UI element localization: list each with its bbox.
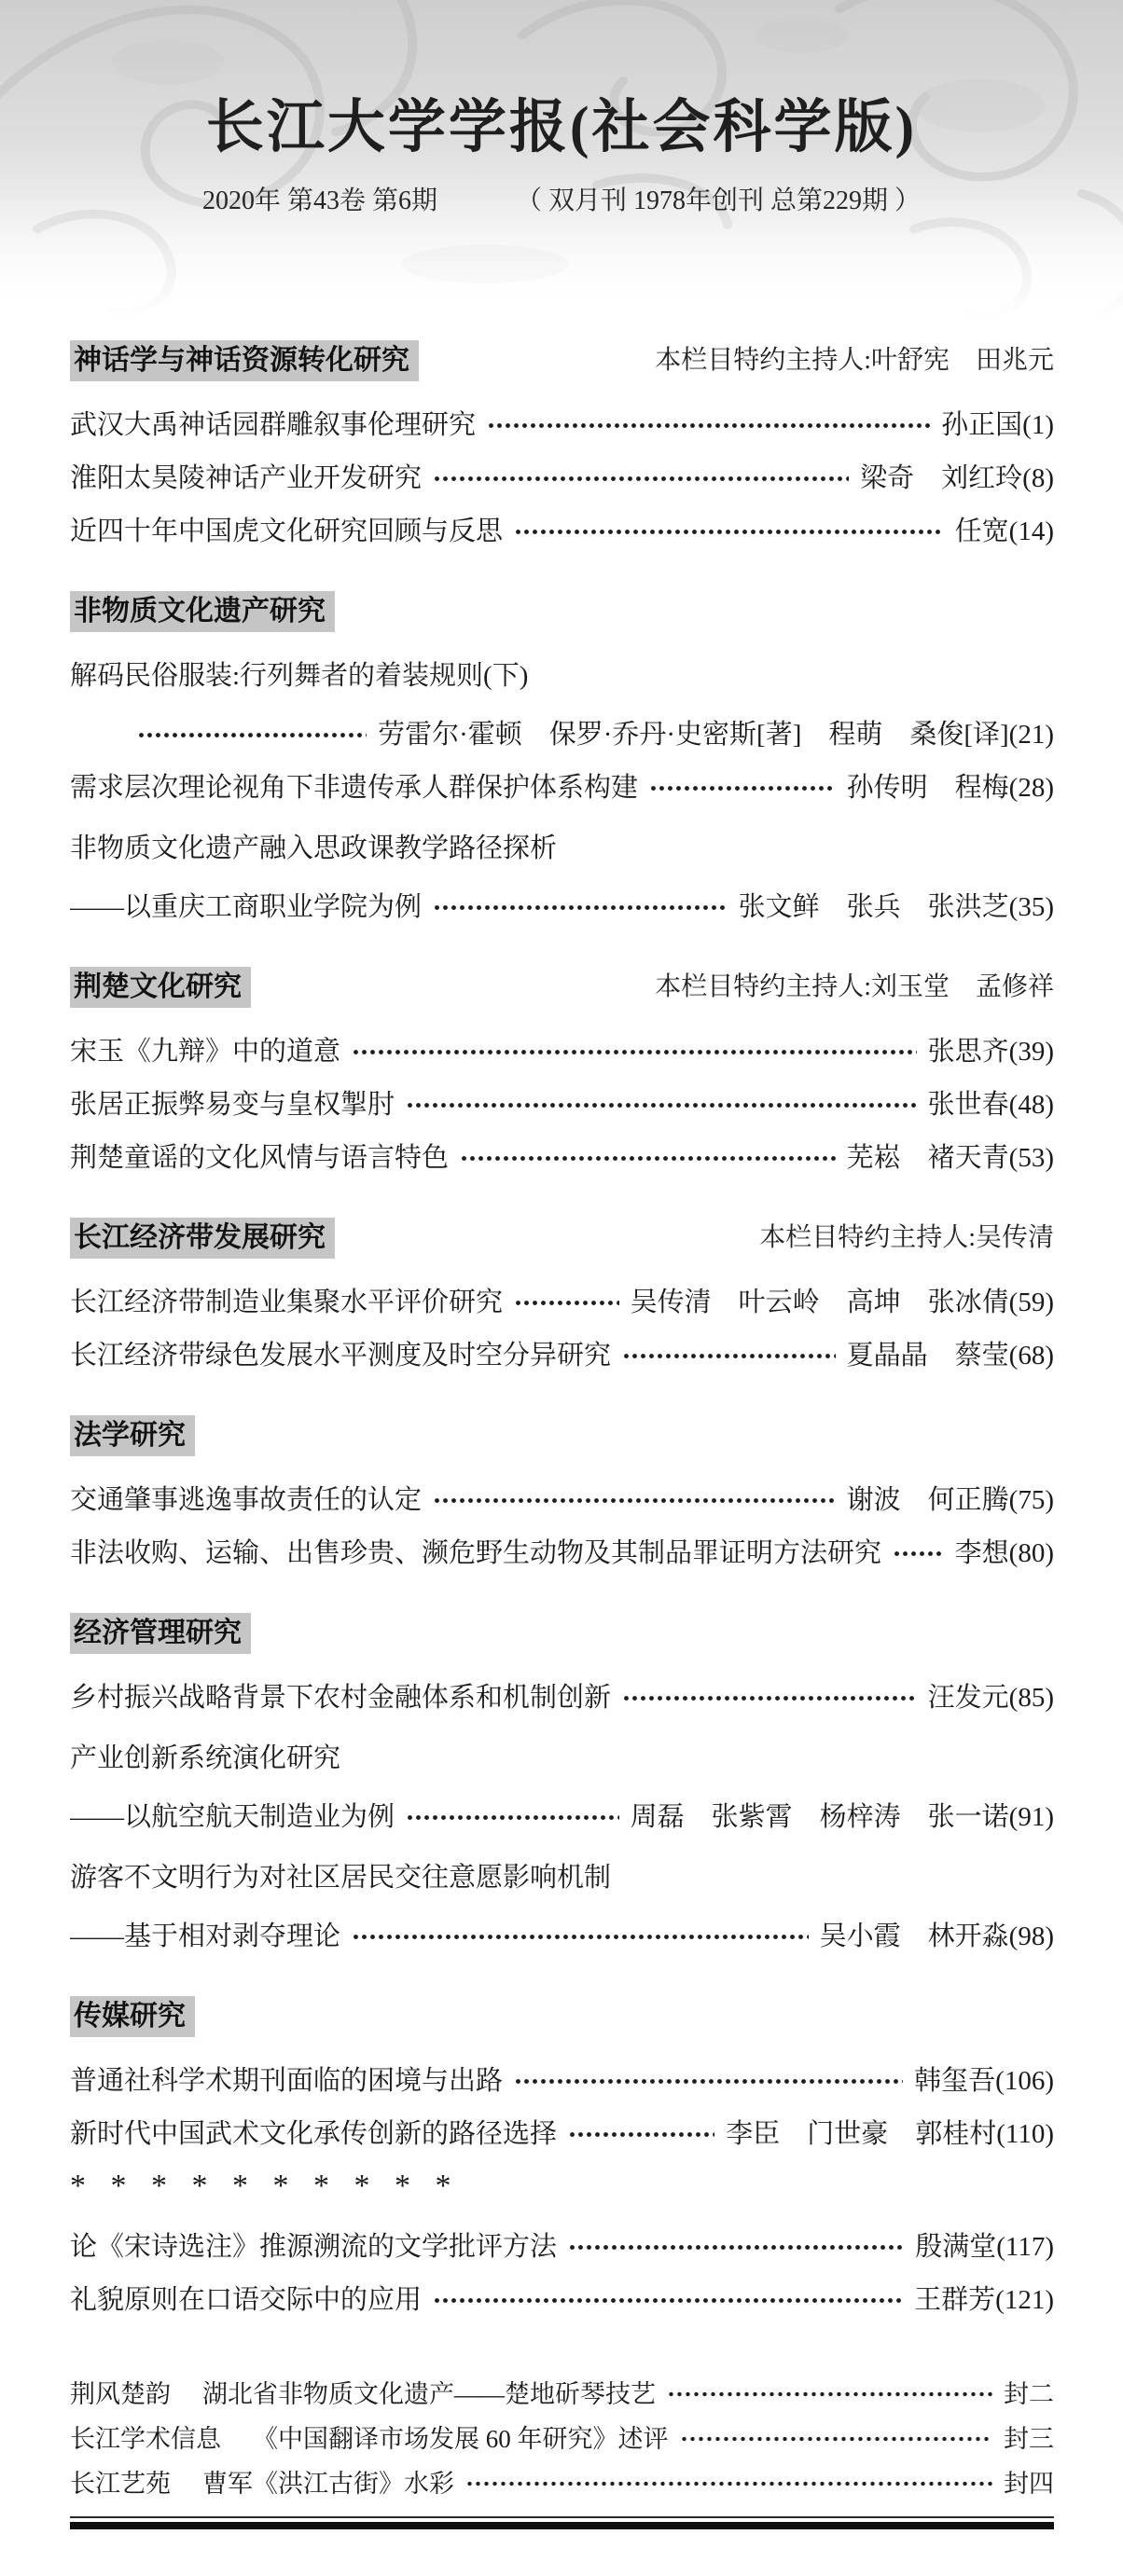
article-title: 宋玉《九辩》中的道意 [70,1035,340,1068]
page-number: (121) [995,2283,1054,2317]
dot-leader [465,2481,992,2486]
toc-entry: 普通社科学术期刊面临的困境与出路 韩玺吾 (106) [70,2064,1054,2098]
toc-entry: 需求层次理论视角下非遗传承人群保护体系构建 孙传明 程梅 (28) [70,771,1054,805]
back-matter: 荆风楚韵 湖北省非物质文化遗产——楚地斫琴技艺 封二 长江学术信息 《中国翻译市… [70,2378,1054,2500]
dot-leader [514,529,944,535]
article-authors: 张文鲜 张兵 张洪芝 [739,890,1009,924]
page-number: (39) [1009,1035,1054,1068]
toc-entry: 礼貌原则在口语交际中的应用 王群芳 (121) [70,2283,1054,2317]
toc-entry: 淮阳太昊陵神话产业开发研究 梁奇 刘红玲 (8) [70,461,1054,495]
dot-leader [568,2244,904,2251]
issue-row: 2020年 第43卷 第6期 （ 双月刊 1978年创刊 总第229期 ） [0,180,1123,217]
article-title: 游客不文明行为对社区居民交往意愿影响机制 [70,1861,611,1894]
article-authors: 吴小霞 林开淼 [820,1920,1009,1953]
dot-leader [680,2436,993,2442]
article-title: 长江经济带绿色发展水平测度及时空分异研究 [70,1339,611,1372]
article-authors: 吴传清 叶云岭 高坤 张冰倩 [631,1286,1009,1319]
section-host: 本栏目特约主持人:刘玉堂 孟修祥 [655,971,1054,1004]
toc-entry: 长江经济带制造业集聚水平评价研究 吴传清 叶云岭 高坤 张冰倩 (59) [70,1286,1054,1319]
dot-leader [893,1550,944,1557]
article-title: 产业创新系统演化研究 [70,1742,340,1775]
toc-entry: 荆楚童谣的文化风情与语言特色 芜崧 褚天青 (53) [70,1141,1054,1175]
article-title: 论《宋诗选注》推源溯流的文学批评方法 [70,2230,557,2264]
dot-leader [406,1102,917,1109]
back-matter-title: 《中国翻译市场发展 60 年研究》述评 [253,2423,669,2455]
section-title: 长江经济带发展研究 [70,1218,335,1259]
dot-leader [433,475,849,482]
publication-info: （ 双月刊 1978年创刊 总第229期 ） [516,180,921,217]
back-matter-column: 长江学术信息 [70,2423,221,2455]
page-number: (91) [1009,1800,1054,1834]
article-authors: 孙传明 程梅 [847,771,1009,805]
section-header: 荆楚文化研究 本栏目特约主持人:刘玉堂 孟修祥 [70,967,1054,1008]
article-title: 非法收购、运输、出售珍贵、濒危野生动物及其制品罪证明方法研究 [70,1536,881,1570]
page-number: (28) [1009,771,1054,805]
article-title: 近四十年中国虎文化研究回顾与反思 [70,515,503,548]
section-title: 法学研究 [70,1415,195,1456]
dot-leader [406,1814,619,1821]
section-title: 传媒研究 [70,1996,195,2037]
section-header: 神话学与神话资源转化研究 本栏目特约主持人:叶舒宪 田兆元 [70,340,1054,381]
dot-leader [460,1155,836,1162]
toc-entry: 游客不文明行为对社区居民交往意愿影响机制 [70,1861,1054,1894]
page-number: (59) [1009,1286,1054,1319]
article-title: 淮阳太昊陵神话产业开发研究 [70,461,422,495]
article-authors: 张世春 [928,1088,1009,1122]
article-title: 解码民俗服装:行列舞者的着装规则(下) [70,659,528,693]
dot-leader [622,1353,836,1359]
toc-entry: 张居正振弊易变与皇权掣肘 张世春 (48) [70,1088,1054,1122]
toc-entry: 交通肇事逃逸事故责任的认定 谢波 何正腾 (75) [70,1483,1054,1517]
rule-thin-line [70,2516,1054,2518]
article-authors: 汪发元 [928,1681,1009,1715]
article-title: 乡村振兴战略背景下农村金融体系和机制创新 [70,1681,611,1715]
page-number: (117) [996,2230,1054,2264]
journal-toc-page: 长江大学学报(社会科学版) 2020年 第43卷 第6期 （ 双月刊 1978年… [0,0,1123,2576]
page-number: (68) [1009,1339,1054,1372]
toc-entry: 论《宋诗选注》推源溯流的文学批评方法 殷满堂 (117) [70,2230,1054,2264]
dot-leader [433,904,728,911]
article-subtitle: ——以重庆工商职业学院为例 [70,890,422,924]
toc-entry: 新时代中国武术文化承传创新的路径选择 李臣 门世豪 郭桂村 (110) [70,2117,1054,2151]
toc-entry: 产业创新系统演化研究 [70,1742,1054,1775]
page-number: (1) [1022,408,1054,442]
toc-entry: 近四十年中国虎文化研究回顾与反思 任宽 (14) [70,515,1054,548]
back-matter-page: 封三 [1004,2423,1054,2455]
article-title: 交通肇事逃逸事故责任的认定 [70,1483,422,1517]
article-authors: 谢波 何正腾 [847,1483,1009,1517]
journal-title: 长江大学学报(社会科学版) [0,80,1123,163]
dot-leader [514,1300,619,1306]
article-authors: 王群芳 [914,2283,995,2317]
article-subtitle: ——以航空航天制造业为例 [70,1800,395,1834]
section-header: 经济管理研究 [70,1613,1054,1654]
journal-header: 长江大学学报(社会科学版) 2020年 第43卷 第6期 （ 双月刊 1978年… [0,0,1123,317]
rule-thick-line [70,2522,1054,2529]
article-authors: 张思齐 [928,1035,1009,1068]
article-title: 普通社科学术期刊面临的困境与出路 [70,2064,503,2098]
toc-entry: 解码民俗服装:行列舞者的着装规则(下) [70,659,1054,693]
article-authors: 李臣 门世豪 郭桂村 [726,2117,996,2151]
dot-leader [433,1497,836,1504]
table-of-contents: 神话学与神话资源转化研究 本栏目特约主持人:叶舒宪 田兆元 武汉大禹神话园群雕叙… [0,317,1123,2529]
article-authors: 李想 [955,1536,1009,1570]
article-subtitle: ——基于相对剥夺理论 [70,1920,340,1953]
back-matter-title: 曹军《洪江古街》水彩 [202,2468,454,2500]
article-title: 非物质文化遗产融入思政课教学路径探析 [70,832,557,865]
section-title: 非物质文化遗产研究 [70,591,335,632]
dot-leader [622,1695,917,1701]
dot-leader [649,785,836,792]
page-number: (21) [1009,718,1054,751]
section-host: 本栏目特约主持人:叶舒宪 田兆元 [655,344,1054,378]
page-number: (53) [1009,1141,1054,1175]
dot-leader [352,1934,809,1940]
toc-entry-continuation: ——基于相对剥夺理论 吴小霞 林开淼 (98) [70,1920,1054,1953]
dot-leader [487,422,930,429]
section-header: 长江经济带发展研究 本栏目特约主持人:吴传清 [70,1218,1054,1259]
page-number: (8) [1022,461,1054,495]
page-number: (85) [1009,1681,1054,1715]
section-host: 本栏目特约主持人:吴传清 [759,1221,1054,1255]
article-authors: 任宽 [955,515,1009,548]
article-title: 荆楚童谣的文化风情与语言特色 [70,1141,449,1175]
article-title: 需求层次理论视角下非遗传承人群保护体系构建 [70,771,638,805]
dot-leader [568,2131,714,2138]
article-authors: 韩玺吾 [914,2064,995,2098]
article-title: 张居正振弊易变与皇权掣肘 [70,1088,395,1122]
page-number: (110) [996,2117,1054,2151]
toc-entry: 武汉大禹神话园群雕叙事伦理研究 孙正国 (1) [70,408,1054,442]
back-matter-row: 长江学术信息 《中国翻译市场发展 60 年研究》述评 封三 [70,2423,1054,2455]
back-matter-title: 湖北省非物质文化遗产——楚地斫琴技艺 [202,2378,656,2410]
article-authors: 孙正国 [941,408,1022,442]
section-title: 神话学与神话资源转化研究 [70,340,419,381]
bottom-rule [70,2516,1054,2529]
toc-entry: 长江经济带绿色发展水平测度及时空分异研究 夏晶晶 蔡莹 (68) [70,1339,1054,1372]
toc-entry-continuation: ——以航空航天制造业为例 周磊 张紫霄 杨梓涛 张一诺 (91) [70,1800,1054,1834]
dot-leader [514,2078,903,2085]
section-title: 经济管理研究 [70,1613,251,1654]
section-header: 法学研究 [70,1415,1054,1456]
toc-entry: 非法收购、运输、出售珍贵、濒危野生动物及其制品罪证明方法研究 李想 (80) [70,1536,1054,1570]
section-title: 荆楚文化研究 [70,967,251,1008]
page-number: (48) [1009,1088,1054,1122]
toc-entry: 乡村振兴战略背景下农村金融体系和机制创新 汪发元 (85) [70,1681,1054,1715]
back-matter-page: 封四 [1004,2468,1054,2500]
page-number: (98) [1009,1920,1054,1953]
article-authors: 夏晶晶 蔡莹 [847,1339,1009,1372]
article-authors: 周磊 张紫霄 杨梓涛 张一诺 [631,1800,1009,1834]
toc-entry: 宋玉《九辩》中的道意 张思齐 (39) [70,1035,1054,1068]
section-header: 传媒研究 [70,1996,1054,2037]
back-matter-page: 封二 [1004,2378,1054,2410]
article-title: 武汉大禹神话园群雕叙事伦理研究 [70,408,476,442]
issue-info: 2020年 第43卷 第6期 [202,180,437,217]
article-authors: 殷满堂 [915,2230,996,2264]
article-authors: 梁奇 刘红玲 [860,461,1022,495]
page-number: (14) [1009,515,1054,548]
article-title: 长江经济带制造业集聚水平评价研究 [70,1286,503,1319]
asterisk-separator: * * * * * * * * * * [70,2170,1054,2203]
back-matter-column: 长江艺苑 [70,2468,171,2500]
dot-leader [137,732,367,738]
dot-leader [667,2391,992,2397]
toc-entry-continuation: ——以重庆工商职业学院为例 张文鲜 张兵 张洪芝 (35) [70,890,1054,924]
dot-leader [352,1049,917,1055]
article-title: 新时代中国武术文化承传创新的路径选择 [70,2117,557,2151]
dot-leader [433,2297,903,2304]
article-authors: 芜崧 褚天青 [847,1141,1009,1175]
page-number: (80) [1009,1536,1054,1570]
back-matter-column: 荆风楚韵 [70,2378,171,2410]
back-matter-row: 长江艺苑 曹军《洪江古街》水彩 封四 [70,2468,1054,2500]
back-matter-row: 荆风楚韵 湖北省非物质文化遗产——楚地斫琴技艺 封二 [70,2378,1054,2410]
page-number: (75) [1009,1483,1054,1517]
page-number: (106) [995,2064,1054,2098]
page-number: (35) [1009,890,1054,924]
toc-entry: 非物质文化遗产融入思政课教学路径探析 [70,832,1054,865]
article-title: 礼貌原则在口语交际中的应用 [70,2283,422,2317]
toc-entry-continuation: 劳雷尔·霍顿 保罗·乔丹·史密斯[著] 程萌 桑俊[译] (21) [70,718,1054,751]
article-authors: 劳雷尔·霍顿 保罗·乔丹·史密斯[著] 程萌 桑俊[译] [378,718,1009,751]
section-header: 非物质文化遗产研究 [70,591,1054,632]
